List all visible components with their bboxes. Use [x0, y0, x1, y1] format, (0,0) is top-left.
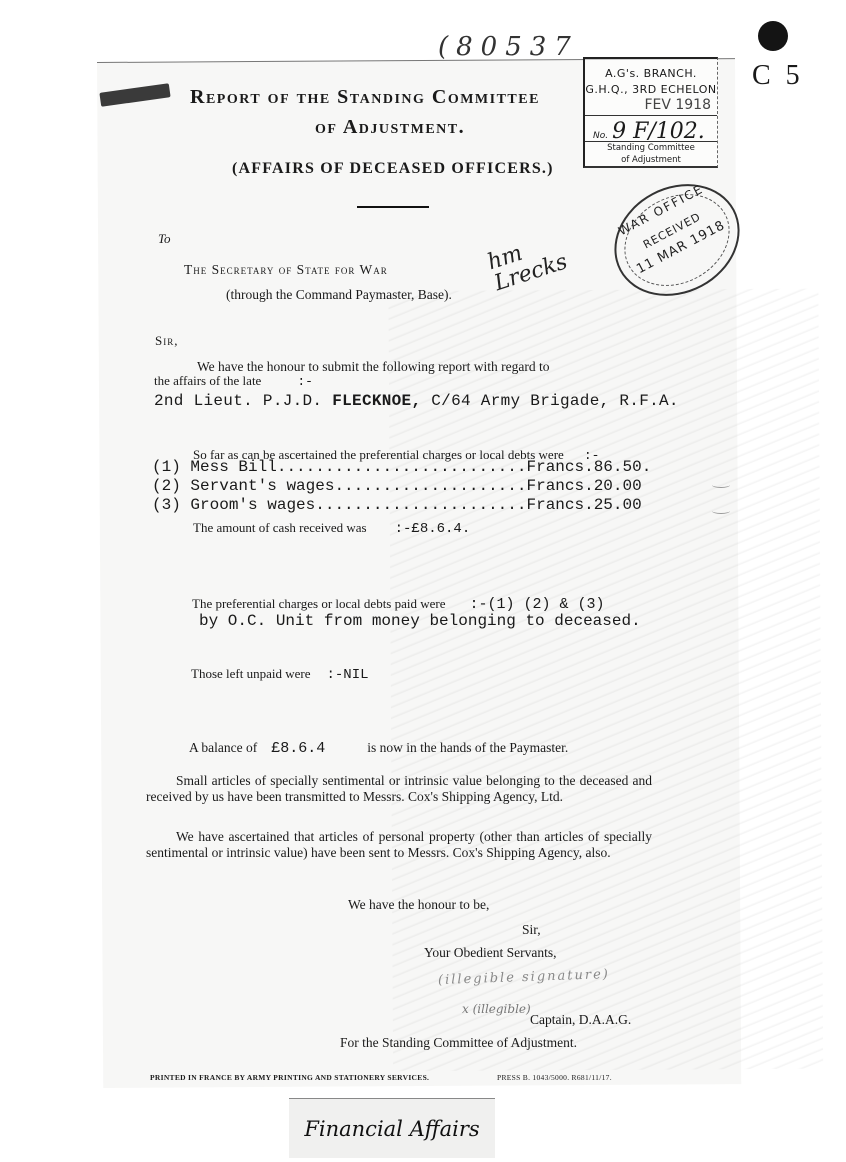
stamp-date: FEV 1918: [585, 97, 717, 113]
handwritten-tick: [712, 482, 730, 488]
debt-item: Mess Bill: [190, 458, 276, 476]
small-articles-paragraph: Small articles of specially sentimental …: [146, 773, 652, 805]
signatory-rank: Captain, D.A.A.G.: [530, 1012, 631, 1028]
personal-property-paragraph: We have ascertained that articles of per…: [146, 829, 652, 861]
intro-text: the affairs of the late: [154, 373, 261, 388]
balance-rest: is now in the hands of the Paymaster.: [367, 740, 568, 755]
debt-leader: ..........................: [277, 458, 527, 476]
balance-value: £8.6.4: [271, 740, 325, 757]
unpaid-label: Those left unpaid were: [191, 666, 310, 681]
paid-detail: by O.C. Unit from money belonging to dec…: [199, 612, 641, 630]
officer-rank: 2nd Lieut.: [154, 392, 253, 410]
debt-row: (1) Mess Bill..........................F…: [152, 458, 651, 476]
cash-label: The amount of cash received was: [193, 520, 367, 535]
stamp-line-1: A.G's. BRANCH.: [585, 67, 717, 80]
officer-line: 2nd Lieut. P.J.D. FLECKNOE, C/64 Army Br…: [154, 392, 679, 410]
stamp-rule: [585, 115, 717, 116]
debt-amount: Francs.20.00: [526, 477, 641, 495]
title-subtitle: (AFFAIRS OF DECEASED OFFICERS.): [232, 160, 554, 178]
category-label-text: Financial Affairs: [304, 1117, 479, 1141]
balance-line: A balance of£8.6.4is now in the hands of…: [189, 740, 568, 757]
closing-line-3: Your Obedient Servants,: [424, 945, 557, 961]
paid-label: The preferential charges or local debts …: [192, 596, 446, 611]
category-label: Financial Affairs: [289, 1098, 495, 1158]
debt-amount: Francs.86.50.: [526, 458, 651, 476]
debts-unpaid: Those left unpaid were:-NIL: [191, 666, 369, 683]
debt-item: Servant's wages: [190, 477, 334, 495]
salutation: Sir,: [155, 333, 178, 349]
debt-leader: ......................: [315, 496, 526, 514]
officer-unit: C/64 Army Brigade, R.F.A.: [431, 392, 679, 410]
title-line-1: Report of the Standing Committee: [190, 86, 540, 109]
debt-number: (3): [152, 496, 181, 514]
cash-received: The amount of cash received was:-£8.6.4.: [193, 520, 470, 537]
unpaid-value: :-NIL: [326, 667, 368, 683]
debt-row: (2) Servant's wages....................F…: [152, 477, 642, 495]
intro-line-2: the affairs of the late:-: [154, 373, 313, 389]
committee-line: For the Standing Committee of Adjustment…: [340, 1035, 577, 1051]
debt-item: Groom's wages: [190, 496, 315, 514]
stamp-number-label: No.: [593, 131, 608, 141]
handwritten-tick: [712, 508, 730, 514]
corner-label: C 5: [752, 60, 804, 92]
intro-separator: :-: [297, 374, 313, 389]
cash-value: :-£8.6.4.: [395, 521, 471, 537]
stamp-rule: [585, 141, 717, 142]
printer-imprint: PRINTED IN FRANCE BY ARMY PRINTING AND S…: [150, 1073, 429, 1082]
balance-label: A balance of: [189, 740, 257, 755]
paid-value: :-(1) (2) & (3): [470, 596, 605, 613]
officer-initials: P.J.D.: [263, 392, 322, 410]
corner-marker-dot: [758, 21, 788, 51]
closing-line-2: Sir,: [522, 922, 541, 938]
stamp-line-5: Standing Committee: [585, 143, 717, 153]
address-through: (through the Command Paymaster, Base).: [226, 287, 452, 303]
debt-leader: ....................: [334, 477, 526, 495]
ag-branch-stamp: A.G's. BRANCH. G.H.Q., 3RD ECHELON FEV 1…: [583, 57, 718, 168]
address-to: To: [158, 231, 171, 247]
signature-initial: x (illegible): [462, 1002, 531, 1016]
debts-paid: The preferential charges or local debts …: [192, 596, 605, 613]
address-recipient: The Secretary of State for War: [184, 262, 388, 278]
title-divider: [357, 206, 429, 208]
stamp-line-6: of Adjustment: [585, 155, 717, 165]
debt-number: (1): [152, 458, 181, 476]
press-imprint: PRESS B. 1043/5000. R681/11/17.: [497, 1073, 612, 1082]
officer-surname: FLECKNOE,: [332, 392, 421, 410]
closing-line-1: We have the honour to be,: [348, 897, 489, 913]
stamp-line-2: G.H.Q., 3RD ECHELON: [585, 83, 717, 96]
debt-number: (2): [152, 477, 181, 495]
debt-row: (3) Groom's wages......................F…: [152, 496, 642, 514]
handwritten-reference-number: (80537: [438, 32, 579, 62]
debt-amount: Francs.25.00: [526, 496, 641, 514]
title-line-2: of Adjustment.: [315, 116, 465, 139]
